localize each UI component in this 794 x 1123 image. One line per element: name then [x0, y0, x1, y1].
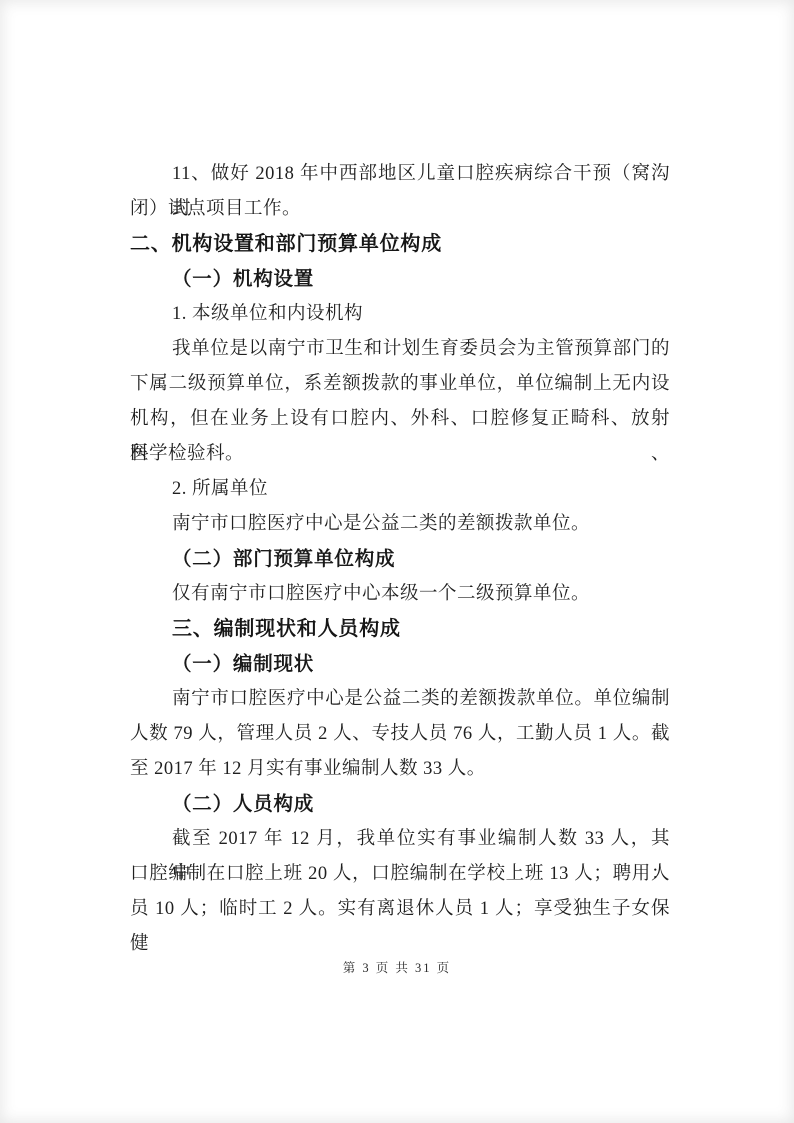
subsection-heading: （二）人员构成 [130, 787, 670, 822]
body-line: 我单位是以南宁市卫生和计划生育委员会为主管预算部门的 [130, 332, 670, 367]
section-heading: 二、机构设置和部门预算单位构成 [130, 227, 670, 262]
body-line: 闭）试点项目工作。 [130, 192, 670, 227]
subsection-heading: （二）部门预算单位构成 [130, 542, 670, 577]
body-line: 南宁市口腔医疗中心是公益二类的差额拨款单位。单位编制 [130, 682, 670, 717]
body-line: 员 10 人；临时工 2 人。实有离退休人员 1 人；享受独生子女保健 [130, 892, 670, 927]
body-line: 口腔编制在口腔上班 20 人，口腔编制在学校上班 13 人；聘用人 [130, 857, 670, 892]
body-line: 人数 79 人，管理人员 2 人、专技人员 76 人，工勤人员 1 人。截 [130, 717, 670, 752]
body-line: 2. 所属单位 [130, 472, 670, 507]
subsection-heading: （一）机构设置 [130, 262, 670, 297]
subsection-heading: （一）编制现状 [130, 647, 670, 682]
pdf-page: 11、做好 2018 年中西部地区儿童口腔疾病综合干预（窝沟封 闭）试点项目工作… [0, 0, 794, 1123]
body-line: 南宁市口腔医疗中心是公益二类的差额拨款单位。 [130, 507, 670, 542]
body-line: 11、做好 2018 年中西部地区儿童口腔疾病综合干预（窝沟封 [130, 157, 670, 192]
body-line: 1. 本级单位和内设机构 [130, 297, 670, 332]
body-line: 机构，但在业务上设有口腔内、外科、口腔修复正畸科、放射科、 [130, 402, 670, 437]
body-line: 下属二级预算单位，系差额拨款的事业单位，单位编制上无内设 [130, 367, 670, 402]
body-line: 仅有南宁市口腔医疗中心本级一个二级预算单位。 [130, 577, 670, 612]
document-body: 11、做好 2018 年中西部地区儿童口腔疾病综合干预（窝沟封 闭）试点项目工作… [130, 157, 670, 927]
body-line: 截至 2017 年 12 月，我单位实有事业编制人数 33 人，其中： [130, 822, 670, 857]
section-heading: 三、编制现状和人员构成 [130, 612, 670, 647]
page-number-footer: 第 3 页 共 31 页 [0, 958, 794, 976]
body-line: 至 2017 年 12 月实有事业编制人数 33 人。 [130, 752, 670, 787]
